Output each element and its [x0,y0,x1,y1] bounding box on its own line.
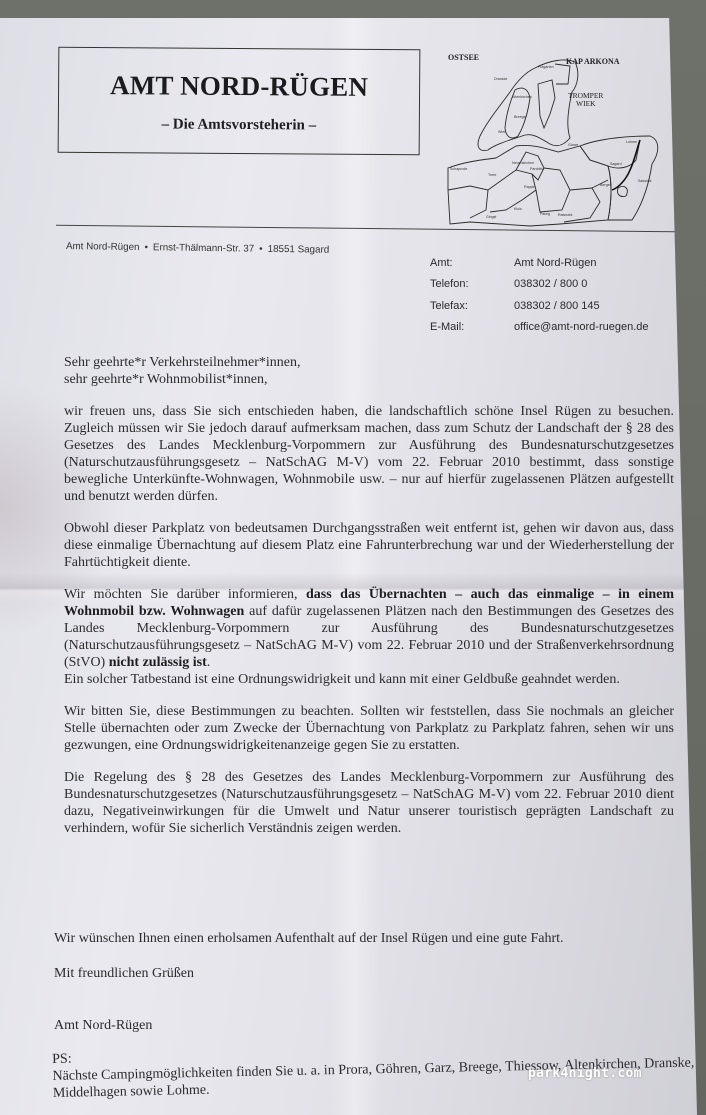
sender-address: Amt Nord-Rügen•Ernst-Thälmann-Str. 37•18… [66,241,329,256]
closing-regards: Mit freundlichen Grüßen [54,965,694,982]
letterhead-title: AMT NORD-RÜGEN [59,70,419,104]
svg-text:Sassnitz: Sassnitz [638,179,652,183]
svg-text:Altenkirchen: Altenkirchen [512,95,532,99]
letterhead: AMT NORD-RÜGEN – Die Amtsvorsteherin – [58,47,421,156]
svg-text:Neuenkirchen: Neuenkirchen [512,161,534,165]
sender-street: Ernst-Thälmann-Str. 37 [153,242,254,254]
paragraph-parking: Obwohl dieser Parkplatz von bedeutsamen … [64,520,674,571]
sender-name: Amt Nord-Rügen [66,241,140,253]
svg-text:Glowe: Glowe [568,143,578,147]
svg-text:Schaprode: Schaprode [450,167,467,171]
svg-text:Bergen: Bergen [600,183,612,187]
map-outline-icon: OSTSEE KAP ARKONA TROMPER WIEK Putgarten… [440,40,680,230]
svg-text:Parchtitz: Parchtitz [530,167,544,171]
svg-text:Trent: Trent [488,173,496,177]
paragraph-warning: Wir bitten Sie, diese Bestimmungen zu be… [64,703,674,754]
letter-paper: AMT NORD-RÜGEN – Die Amtsvorsteherin – [0,18,697,1115]
letter-body: Sehr geehrte*r Verkehrsteilnehmer*innen,… [64,354,674,852]
watermark: park4night.com [528,1066,642,1081]
svg-text:Kluis: Kluis [514,207,522,211]
contact-row-fax: Telefax:038302 / 800 145 [430,295,690,317]
svg-text:Rappin: Rappin [524,185,535,189]
svg-text:Dranske: Dranske [494,77,507,81]
paragraph-prohibition: Wir möchten Sie darüber informieren, das… [64,586,674,688]
svg-text:Sagard: Sagard [610,162,622,166]
letterhead-subtitle: – Die Amtsvorsteherin – [59,116,419,136]
svg-text:Lohme: Lohme [626,140,637,144]
svg-text:Breege: Breege [514,115,526,119]
svg-text:Ralswiek: Ralswiek [558,213,573,217]
svg-text:Wiek: Wiek [498,130,506,134]
sender-city: 18551 Sagard [268,244,330,256]
closing-wish: Wir wünschen Ihnen einen erholsamen Aufe… [54,930,694,947]
ruegen-map: OSTSEE KAP ARKONA TROMPER WIEK Putgarten… [440,40,680,230]
contact-block: Amt:Amt Nord-Rügen Telefon:038302 / 800 … [430,252,690,338]
contact-row-email: E-Mail:office@amt-nord-ruegen.de [430,317,690,339]
salutation: Sehr geehrte*r Verkehrsteilnehmer*innen,… [64,354,674,388]
map-label-sea: OSTSEE [448,53,479,62]
svg-text:Gingst: Gingst [486,215,496,219]
svg-text:Putgarten: Putgarten [538,65,554,69]
map-label-cape: KAP ARKONA [566,57,620,66]
signature: Amt Nord-Rügen [54,1017,694,1034]
map-label-bay-2: WIEK [576,99,596,108]
paragraph-regulation: Die Regelung des § 28 des Gesetzes des L… [64,769,674,837]
svg-text:Patzig: Patzig [540,212,550,216]
contact-row-phone: Telefon:038302 / 800 0 [430,274,690,296]
paragraph-intro: wir freuen uns, dass Sie sich entschiede… [64,403,674,505]
contact-row-office: Amt:Amt Nord-Rügen [430,252,690,274]
